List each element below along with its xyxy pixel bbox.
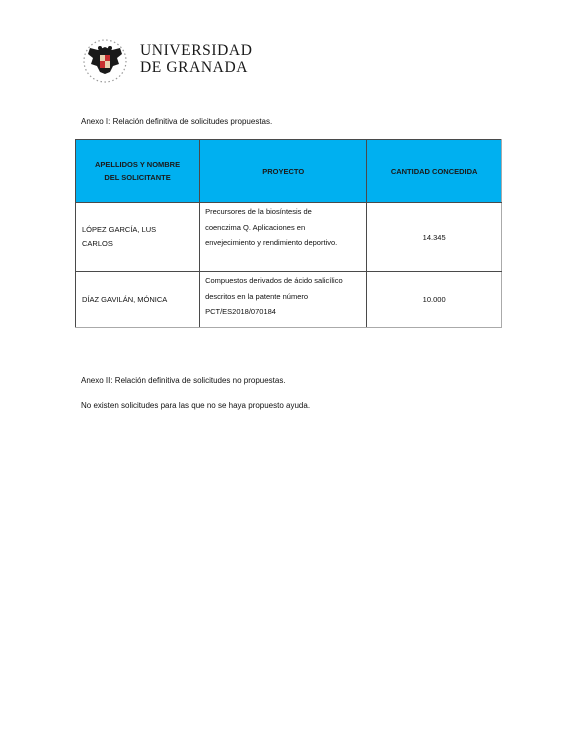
project-title-text: Precursores de la biosíntesis de coenczi… [205, 204, 345, 251]
granted-amount: 10.000 [367, 272, 502, 328]
applicant-name: LÓPEZ GARCÍA, LUS CARLOS [76, 203, 200, 272]
approved-applications-table: APELLIDOS Y NOMBRE DEL SOLICITANTE PROYE… [75, 139, 502, 328]
annex-1-title: Anexo I: Relación definitiva de solicitu… [81, 117, 272, 126]
header-amount: CANTIDAD CONCEDIDA [367, 140, 502, 203]
table-row: DÍAZ GAVILÁN, MÓNICA Compuestos derivado… [76, 272, 502, 328]
header-applicant: APELLIDOS Y NOMBRE DEL SOLICITANTE [76, 140, 200, 203]
project-title: Precursores de la biosíntesis de coenczi… [200, 203, 367, 272]
header-project: PROYECTO [200, 140, 367, 203]
university-brand: UNIVERSIDAD DE GRANADA [140, 42, 253, 76]
applicant-name: DÍAZ GAVILÁN, MÓNICA [76, 272, 200, 328]
table-header-row: APELLIDOS Y NOMBRE DEL SOLICITANTE PROYE… [76, 140, 502, 203]
header-applicant-label: APELLIDOS Y NOMBRE DEL SOLICITANTE [88, 158, 188, 184]
university-crest-icon [80, 38, 130, 84]
brand-line-1: UNIVERSIDAD [140, 42, 253, 59]
applicant-name-text: LÓPEZ GARCÍA, LUS CARLOS [82, 223, 172, 251]
brand-line-2: DE GRANADA [140, 59, 253, 76]
granted-amount: 14.345 [367, 203, 502, 272]
annex-2-title: Anexo II: Relación definitiva de solicit… [81, 376, 286, 385]
project-title: Compuestos derivados de ácido salicílico… [200, 272, 367, 328]
annex-2-text: No existen solicitudes para las que no s… [81, 401, 310, 410]
project-title-text: Compuestos derivados de ácido salicílico… [205, 273, 345, 320]
table-row: LÓPEZ GARCÍA, LUS CARLOS Precursores de … [76, 203, 502, 272]
